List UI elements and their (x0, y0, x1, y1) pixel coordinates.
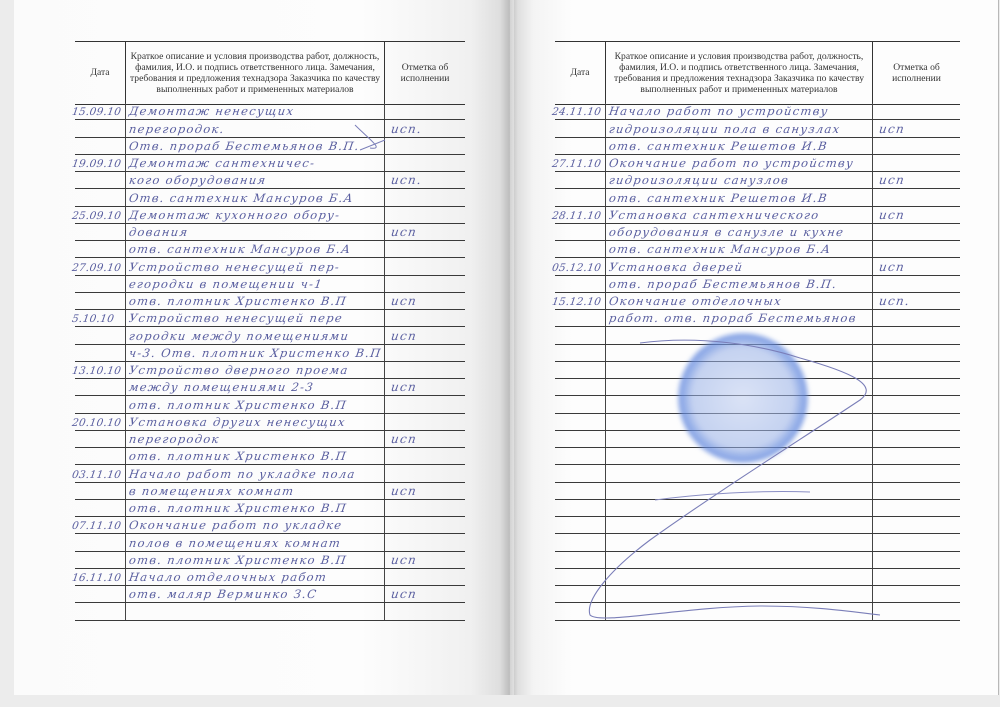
mark-cell-text: исп. (878, 294, 911, 308)
mark-cell (873, 483, 960, 499)
description-cell-text: Демонтаж сантехничес- (128, 156, 316, 170)
mark-cell (385, 465, 465, 481)
mark-cell (873, 603, 960, 619)
date-cell (555, 138, 606, 154)
table-row: полов в помещениях комнат (75, 534, 465, 551)
mark-cell (385, 310, 465, 326)
mark-cell (873, 500, 960, 516)
date-cell (75, 293, 126, 309)
description-cell-text: Установка других ненесущих (128, 415, 347, 429)
date-cell (555, 172, 606, 188)
date-cell-text: 27.09.10 (71, 262, 122, 274)
mark-cell (385, 155, 465, 171)
table-row: 03.11.10Начало работ по укладке пола (75, 465, 465, 482)
table-row (555, 569, 960, 586)
mark-cell (873, 345, 960, 361)
date-cell-text: 07.11.10 (71, 520, 122, 532)
table-row: 16.11.10Начало отделочных работ (75, 569, 465, 586)
mark-cell: исп. (873, 293, 960, 309)
left-table-header: Дата Краткое описание и условия производ… (75, 41, 465, 105)
description-cell-text: отв. плотник Христенко В.П (128, 398, 348, 412)
date-cell-text: 05.12.10 (551, 262, 602, 274)
mark-cell (873, 138, 960, 154)
mark-cell (385, 448, 465, 464)
table-row: ч-3. Отв. плотник Христенко В.П (75, 345, 465, 362)
description-cell: дования (126, 224, 385, 240)
mark-cell: исп (873, 120, 960, 136)
mark-cell-text: исп (878, 208, 906, 222)
date-cell (75, 379, 126, 395)
mark-cell: исп (873, 207, 960, 223)
mark-cell: исп (385, 431, 465, 447)
date-cell-text: 16.11.10 (71, 572, 122, 584)
table-row: 25.09.10Демонтаж кухонного обору- (75, 207, 465, 224)
description-cell-text: Начало работ по устройству (608, 104, 830, 118)
table-row: 27.09.10Устройство ненесущей пер- (75, 258, 465, 275)
header-mark: Отметка об исполнении (873, 42, 960, 104)
mark-cell (873, 448, 960, 464)
date-cell (75, 431, 126, 447)
table-row: отв. плотник Христенко В.П (75, 500, 465, 517)
table-row: перегородокисп (75, 431, 465, 448)
date-cell (555, 327, 606, 343)
mark-cell (873, 517, 960, 533)
table-row: 05.12.10Установка дверейисп (555, 258, 960, 275)
date-cell (555, 310, 606, 326)
date-cell (555, 276, 606, 292)
description-cell: Окончание работ по устройству (606, 155, 873, 171)
date-cell (75, 396, 126, 412)
date-cell: 13.10.10 (75, 362, 126, 378)
mark-cell (385, 414, 465, 430)
mark-cell (873, 189, 960, 205)
description-cell-text: Окончание отделочных (608, 294, 783, 308)
mark-cell (873, 241, 960, 257)
table-row: кого оборудованияисп. (75, 172, 465, 189)
date-cell-text: 20.10.10 (71, 417, 122, 429)
description-cell (606, 483, 873, 499)
mark-cell-text: исп (878, 260, 906, 274)
date-cell-text: 03.11.10 (71, 469, 122, 481)
mark-cell-text: исп (878, 173, 906, 187)
description-cell (606, 569, 873, 585)
description-cell (606, 552, 873, 568)
description-cell: отв. сантехник Мансуров Б.А (126, 241, 385, 257)
table-row: отв. маляр Верминко З.Сисп (75, 586, 465, 603)
date-cell: 5.10.10 (75, 310, 126, 326)
table-row: гидроизоляции пола в санузлахисп (555, 120, 960, 137)
date-cell-text: 15.12.10 (551, 296, 602, 308)
left-table-rows: 15.09.10Демонтаж ненесущихперегородок.ис… (75, 103, 465, 621)
mark-cell-text: исп (390, 225, 418, 239)
date-cell (75, 500, 126, 516)
description-cell-text: отв. плотник Христенко В.П (128, 553, 348, 567)
description-cell-text: городки между помещениями (128, 329, 350, 343)
description-cell: отв. плотник Христенко В.П (126, 396, 385, 412)
description-cell: Окончание отделочных (606, 293, 873, 309)
description-cell: Начало отделочных работ (126, 569, 385, 585)
description-cell: ч-3. Отв. плотник Христенко В.П (126, 345, 385, 361)
mark-cell-text: исп. (390, 173, 423, 187)
mark-cell-text: исп. (390, 122, 423, 136)
description-cell (126, 603, 385, 619)
mark-cell (873, 224, 960, 240)
header-date: Дата (75, 42, 126, 104)
right-table-header: Дата Краткое описание и условия производ… (555, 41, 960, 105)
table-row: дованияисп (75, 224, 465, 241)
date-cell (555, 586, 606, 602)
description-cell: отв. прораб Бестемьянов В.П. (606, 276, 873, 292)
table-row: между помещениями 2-3исп (75, 379, 465, 396)
date-cell (555, 500, 606, 516)
date-cell: 27.11.10 (555, 155, 606, 171)
date-cell (75, 586, 126, 602)
description-cell-text: Установка сантехнического (608, 208, 821, 222)
date-cell (75, 534, 126, 550)
description-cell-text: работ. отв. прораб Бестемьянов (608, 311, 858, 325)
description-cell: Установка дверей (606, 258, 873, 274)
table-row: 13.10.10Устройство дверного проема (75, 362, 465, 379)
mark-cell (873, 534, 960, 550)
date-cell (75, 138, 126, 154)
date-cell: 20.10.10 (75, 414, 126, 430)
date-cell: 15.09.10 (75, 103, 126, 119)
description-cell: Начало работ по укладке пола (126, 465, 385, 481)
mark-cell (385, 345, 465, 361)
table-row: отв. плотник Христенко В.П (75, 448, 465, 465)
description-cell-text: оборудования в санузле и кухне (608, 225, 845, 239)
table-row: 07.11.10Окончание работ по укладке (75, 517, 465, 534)
mark-cell (873, 414, 960, 430)
mark-cell (873, 569, 960, 585)
description-cell: отв. плотник Христенко В.П (126, 293, 385, 309)
description-cell: Устройство ненесущей пер- (126, 258, 385, 274)
table-row (555, 465, 960, 482)
date-cell (555, 448, 606, 464)
mark-cell (385, 517, 465, 533)
date-cell: 25.09.10 (75, 207, 126, 223)
date-cell (555, 465, 606, 481)
description-cell-text: отв. плотник Христенко В.П (128, 449, 348, 463)
description-cell: Отв. прораб Бестемьянов В.П. (126, 138, 385, 154)
description-cell: отв. сантехник Мансуров Б.А (606, 241, 873, 257)
mark-cell (385, 569, 465, 585)
description-cell-text: Отв. сантехник Мансуров Б.А (128, 191, 355, 205)
description-cell: отв. сантехник Решетов И.В (606, 189, 873, 205)
mark-cell-text: исп (390, 587, 418, 601)
description-cell-text: Демонтаж ненесущих (128, 104, 295, 118)
header-date: Дата (555, 42, 606, 104)
table-row: 28.11.10Установка сантехническогоисп (555, 207, 960, 224)
description-cell-text: Начало отделочных работ (128, 570, 328, 584)
date-cell (75, 189, 126, 205)
mark-cell (873, 465, 960, 481)
date-cell-text: 25.09.10 (71, 210, 122, 222)
date-cell (75, 120, 126, 136)
description-cell (606, 534, 873, 550)
date-cell (555, 379, 606, 395)
mark-cell (873, 276, 960, 292)
table-row: отв. сантехник Мансуров Б.А (75, 241, 465, 258)
description-cell-text: полов в помещениях комнат (128, 536, 342, 550)
date-cell (555, 189, 606, 205)
description-cell-text: Окончание работ по устройству (608, 156, 855, 170)
mark-cell-text: исп (390, 294, 418, 308)
date-cell: 07.11.10 (75, 517, 126, 533)
mark-cell (385, 534, 465, 550)
description-cell: работ. отв. прораб Бестемьянов (606, 310, 873, 326)
mark-cell (385, 103, 465, 119)
description-cell: перегородок. (126, 120, 385, 136)
mark-cell (385, 276, 465, 292)
table-row: отв. плотник Христенко В.П (75, 396, 465, 413)
table-row (555, 552, 960, 569)
mark-cell: исп. (385, 120, 465, 136)
description-cell: Устройство ненесущей пере (126, 310, 385, 326)
description-cell (606, 517, 873, 533)
description-cell: отв. плотник Христенко В.П (126, 448, 385, 464)
date-cell: 24.11.10 (555, 103, 606, 119)
description-cell-text: Устройство дверного проема (128, 363, 350, 377)
description-cell-text: Устройство ненесущей пер- (128, 260, 341, 274)
date-cell (75, 448, 126, 464)
mark-cell (385, 241, 465, 257)
description-cell: отв. маляр Верминко З.С (126, 586, 385, 602)
description-cell-text: отв. сантехник Мансуров Б.А (128, 242, 352, 256)
table-row: 24.11.10Начало работ по устройству (555, 103, 960, 120)
date-cell-text: 5.10.10 (71, 313, 115, 325)
mark-cell: исп. (385, 172, 465, 188)
table-row (555, 500, 960, 517)
description-cell-text: Демонтаж кухонного обору- (128, 208, 341, 222)
mark-cell (385, 396, 465, 412)
date-cell-text: 27.11.10 (551, 158, 602, 170)
table-row: 5.10.10Устройство ненесущей пере (75, 310, 465, 327)
date-cell (75, 345, 126, 361)
description-cell-text: Начало работ по укладке пола (128, 467, 357, 481)
description-cell (606, 603, 873, 619)
description-cell-text: в помещениях комнат (128, 484, 295, 498)
description-cell: отв. плотник Христенко В.П (126, 552, 385, 568)
table-row: в помещениях комнатисп (75, 483, 465, 500)
date-cell: 19.09.10 (75, 155, 126, 171)
mark-cell (873, 552, 960, 568)
description-cell-text: перегородок. (128, 122, 226, 136)
description-cell-text: отв. маляр Верминко З.С (128, 587, 318, 601)
mark-cell: исп (873, 172, 960, 188)
description-cell-text: Отв. прораб Бестемьянов В.П. (128, 139, 361, 153)
official-stamp (678, 333, 808, 463)
table-row: 15.12.10Окончание отделочныхисп. (555, 293, 960, 310)
table-row: оборудования в санузле и кухне (555, 224, 960, 241)
mark-cell-text: исп (390, 553, 418, 567)
description-cell-text: отв. плотник Христенко В.П (128, 501, 348, 515)
date-cell (555, 224, 606, 240)
mark-cell (873, 396, 960, 412)
description-cell: городки между помещениями (126, 327, 385, 343)
date-cell (75, 483, 126, 499)
mark-cell: исп (385, 552, 465, 568)
description-cell: гидроизоляции пола в санузлах (606, 120, 873, 136)
table-row: гидроизоляции санузловисп (555, 172, 960, 189)
description-cell: Устройство дверного проема (126, 362, 385, 378)
mark-cell (385, 603, 465, 619)
date-cell (555, 431, 606, 447)
table-row (555, 603, 960, 620)
mark-cell: исп (385, 327, 465, 343)
description-cell-text: отв. плотник Христенко В.П (128, 294, 348, 308)
description-cell-text: дования (128, 225, 189, 239)
date-cell (555, 120, 606, 136)
date-cell (555, 603, 606, 619)
mark-cell (385, 138, 465, 154)
description-cell-text: между помещениями 2-3 (128, 380, 315, 394)
date-cell (555, 396, 606, 412)
date-cell: 27.09.10 (75, 258, 126, 274)
table-row: егородки в помещении ч-1 (75, 276, 465, 293)
table-row: работ. отв. прораб Бестемьянов (555, 310, 960, 327)
description-cell (606, 465, 873, 481)
table-row (75, 603, 465, 620)
table-row (555, 534, 960, 551)
table-row: отв. плотник Христенко В.Писп (75, 552, 465, 569)
mark-cell-text: исп (878, 122, 906, 136)
description-cell: между помещениями 2-3 (126, 379, 385, 395)
mark-cell-text: исп (390, 329, 418, 343)
table-row: Отв. сантехник Мансуров Б.А (75, 189, 465, 206)
mark-cell-text: исп (390, 484, 418, 498)
mark-cell (873, 155, 960, 171)
description-cell: Демонтаж сантехничес- (126, 155, 385, 171)
date-cell: 16.11.10 (75, 569, 126, 585)
date-cell (555, 483, 606, 499)
table-row: отв. сантехник Мансуров Б.А (555, 241, 960, 258)
description-cell: перегородок (126, 431, 385, 447)
table-row: отв. прораб Бестемьянов В.П. (555, 276, 960, 293)
date-cell (75, 224, 126, 240)
description-cell: в помещениях комнат (126, 483, 385, 499)
description-cell: Начало работ по устройству (606, 103, 873, 119)
description-cell-text: отв. сантехник Мансуров Б.А (608, 242, 832, 256)
description-cell: полов в помещениях комнат (126, 534, 385, 550)
description-cell-text: кого оборудования (128, 173, 268, 187)
description-cell: Окончание работ по укладке (126, 517, 385, 533)
description-cell-text: егородки в помещении ч-1 (128, 277, 324, 291)
table-row: перегородок.исп. (75, 120, 465, 137)
header-mark: Отметка об исполнении (385, 42, 465, 104)
mark-cell: исп (385, 293, 465, 309)
table-row: городки между помещениямиисп (75, 327, 465, 344)
description-cell: отв. плотник Христенко В.П (126, 500, 385, 516)
description-cell: Отв. сантехник Мансуров Б.А (126, 189, 385, 205)
table-row (555, 517, 960, 534)
date-cell-text: 24.11.10 (551, 106, 602, 118)
date-cell-text: 28.11.10 (551, 210, 602, 222)
table-row: отв. сантехник Решетов И.В (555, 189, 960, 206)
description-cell-text: Окончание работ по укладке (128, 518, 343, 532)
mark-cell (873, 431, 960, 447)
date-cell (555, 552, 606, 568)
mark-cell (385, 362, 465, 378)
description-cell-text: перегородок (128, 432, 221, 446)
date-cell (555, 517, 606, 533)
date-cell (555, 345, 606, 361)
mark-cell: исп (873, 258, 960, 274)
date-cell-text: 19.09.10 (71, 158, 122, 170)
table-row: 19.09.10Демонтаж сантехничес- (75, 155, 465, 172)
date-cell (75, 276, 126, 292)
table-row (555, 483, 960, 500)
mark-cell (873, 362, 960, 378)
description-cell-text: гидроизоляции санузлов (608, 173, 790, 187)
description-cell-text: Устройство ненесущей пере (128, 311, 344, 325)
date-cell: 15.12.10 (555, 293, 606, 309)
table-row: 15.09.10Демонтаж ненесущих (75, 103, 465, 120)
description-cell: егородки в помещении ч-1 (126, 276, 385, 292)
table-row (555, 586, 960, 603)
description-cell-text: ч-3. Отв. плотник Христенко В.П (128, 346, 383, 360)
description-cell: Демонтаж кухонного обору- (126, 207, 385, 223)
book-gutter (500, 0, 518, 695)
mark-cell-text: исп (390, 380, 418, 394)
mark-cell (873, 327, 960, 343)
date-cell: 28.11.10 (555, 207, 606, 223)
date-cell (75, 172, 126, 188)
mark-cell (873, 103, 960, 119)
description-cell (606, 500, 873, 516)
table-row: отв. сантехник Решетов И.В (555, 138, 960, 155)
date-cell (555, 414, 606, 430)
date-cell (555, 362, 606, 378)
table-row: 20.10.10Установка других ненесущих (75, 414, 465, 431)
mark-cell: исп (385, 483, 465, 499)
mark-cell (385, 500, 465, 516)
description-cell: Демонтаж ненесущих (126, 103, 385, 119)
description-cell-text: Установка дверей (608, 260, 744, 274)
description-cell: кого оборудования (126, 172, 385, 188)
date-cell (555, 241, 606, 257)
date-cell (75, 241, 126, 257)
description-cell: гидроизоляции санузлов (606, 172, 873, 188)
mark-cell: исп (385, 224, 465, 240)
mark-cell: исп (385, 379, 465, 395)
mark-cell (873, 310, 960, 326)
table-row: отв. плотник Христенко В.Писп (75, 293, 465, 310)
description-cell: оборудования в санузле и кухне (606, 224, 873, 240)
mark-cell (873, 379, 960, 395)
date-cell (555, 534, 606, 550)
table-row: 27.11.10Окончание работ по устройству (555, 155, 960, 172)
mark-cell (385, 189, 465, 205)
header-description: Краткое описание и условия производства … (606, 42, 873, 104)
header-description: Краткое описание и условия производства … (126, 42, 385, 104)
mark-cell (873, 586, 960, 602)
date-cell-text: 15.09.10 (71, 106, 122, 118)
description-cell-text: отв. сантехник Решетов И.В (608, 191, 829, 205)
description-cell: Установка других ненесущих (126, 414, 385, 430)
mark-cell (385, 207, 465, 223)
mark-cell: исп (385, 586, 465, 602)
mark-cell (385, 258, 465, 274)
date-cell-text: 13.10.10 (71, 365, 122, 377)
mark-cell-text: исп (390, 432, 418, 446)
description-cell: отв. сантехник Решетов И.В (606, 138, 873, 154)
description-cell (606, 586, 873, 602)
date-cell (75, 327, 126, 343)
table-row: Отв. прораб Бестемьянов В.П. (75, 138, 465, 155)
date-cell (75, 603, 126, 619)
description-cell-text: гидроизоляции пола в санузлах (608, 122, 841, 136)
